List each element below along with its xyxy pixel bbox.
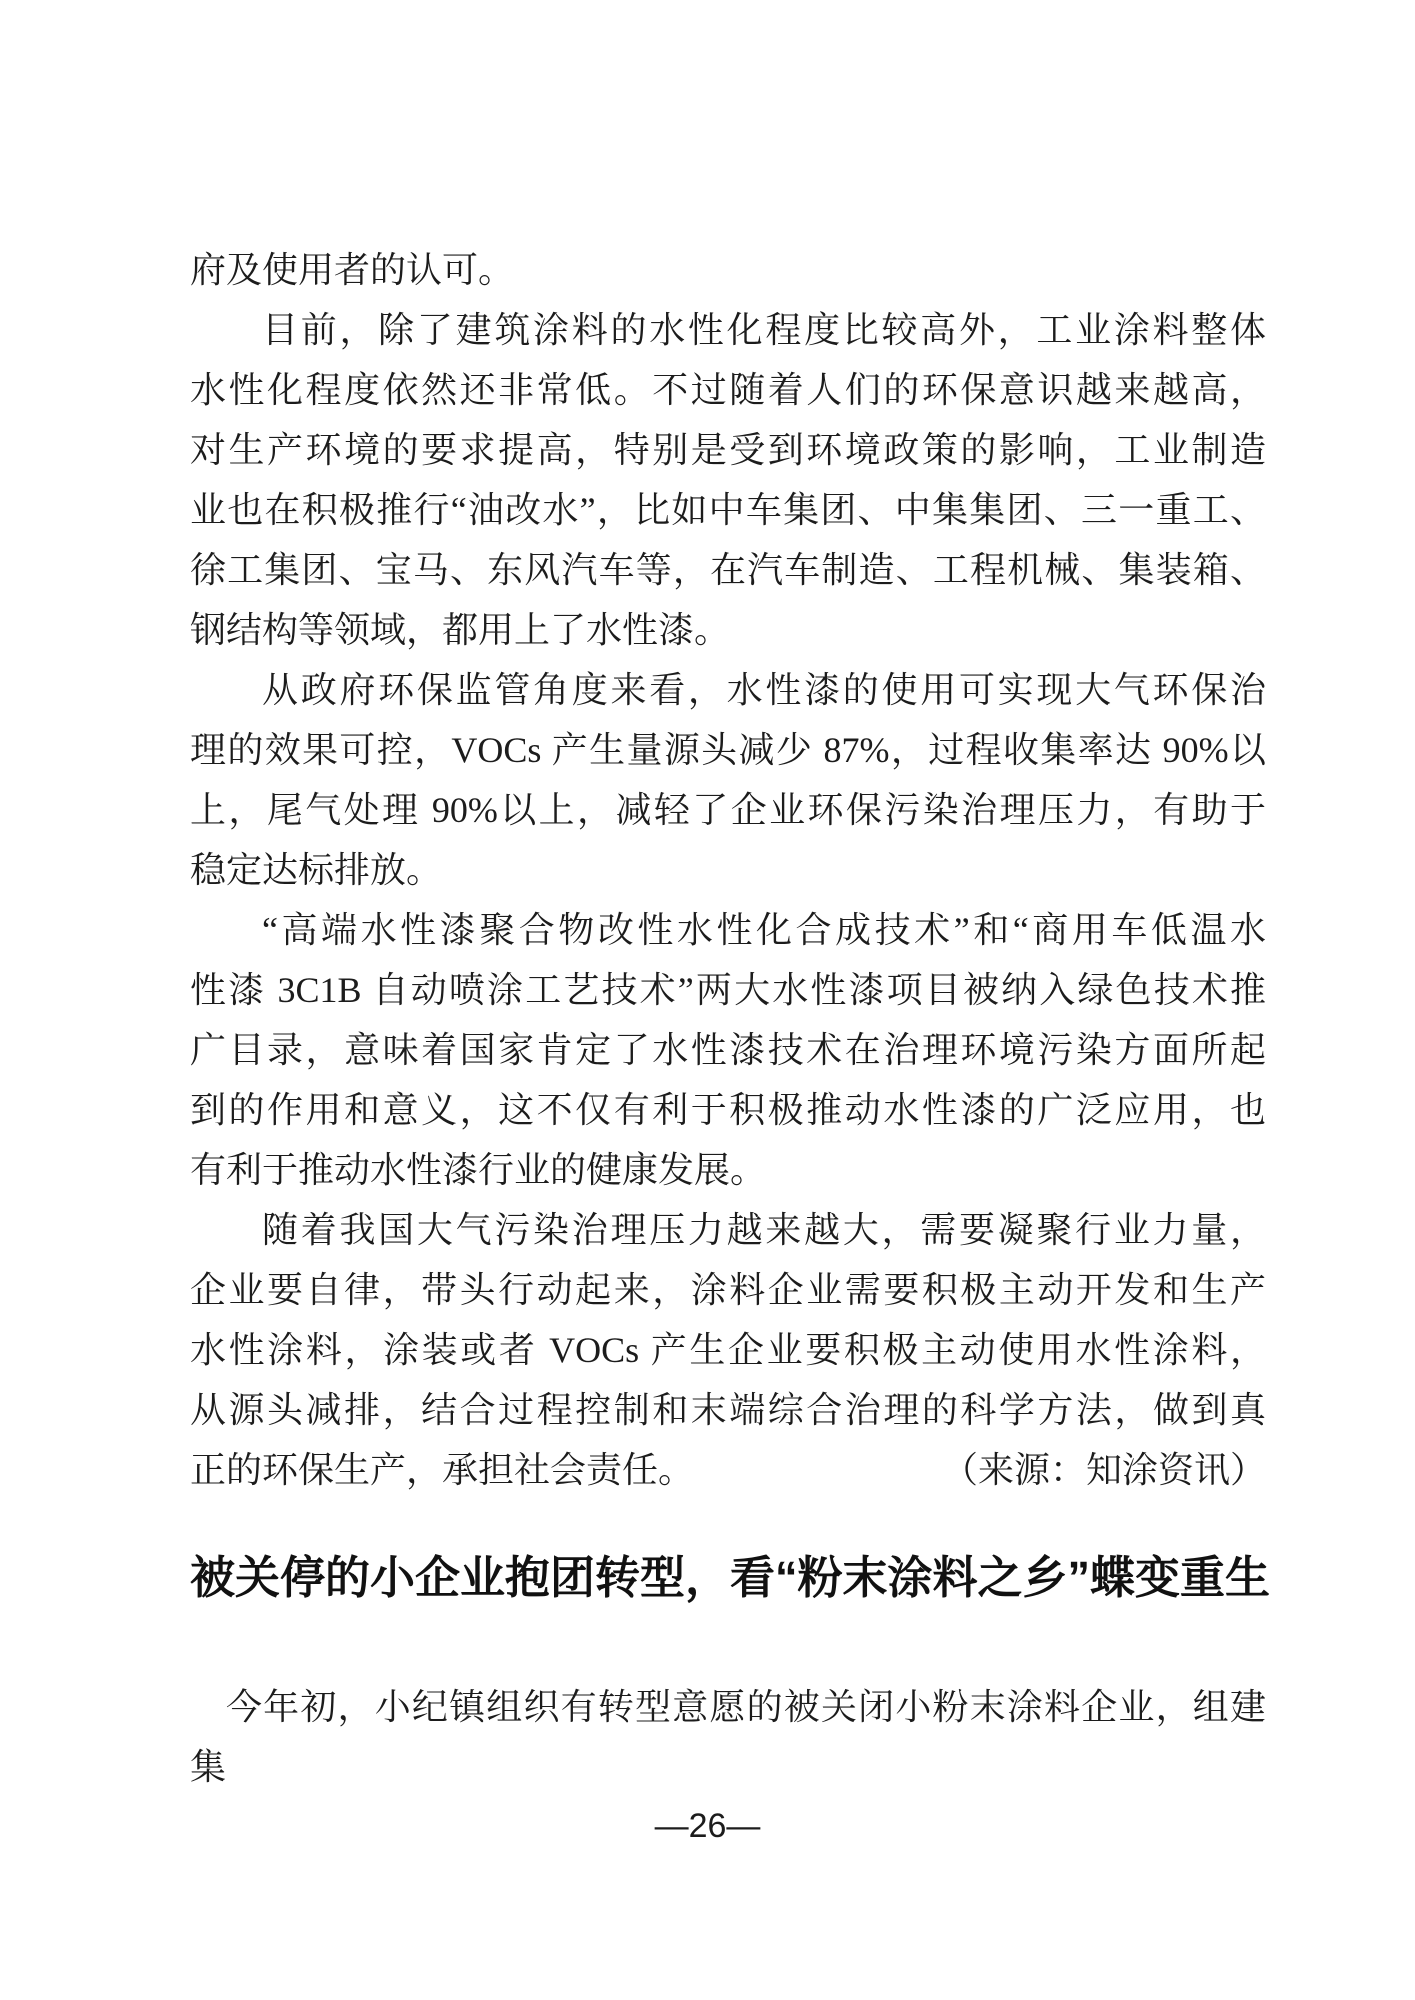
body-text-line: 从源头减排，结合过程控制和末端综合治理的科学方法，做到真 xyxy=(190,1380,1266,1440)
page-number: —26— xyxy=(0,1796,1415,1856)
next-section-paragraph-line: 今年初，小纪镇组织有转型意愿的被关闭小粉末涂料企业，组建集 xyxy=(190,1677,1266,1797)
closing-line: 正的环保生产，承担社会责任。 （来源：知涂资讯） xyxy=(190,1440,1266,1500)
body-text-line: 稳定达标排放。 xyxy=(190,840,1266,900)
article-body: 府及使用者的认可。目前，除了建筑涂料的水性化程度比较高外，工业涂料整体水性化程度… xyxy=(190,240,1266,1500)
body-text-line: 目前，除了建筑涂料的水性化程度比较高外，工业涂料整体 xyxy=(190,300,1266,360)
body-text-line: 企业要自律，带头行动起来，涂料企业需要积极主动开发和生产 xyxy=(190,1260,1266,1320)
body-text-line: 随着我国大气污染治理压力越来越大，需要凝聚行业力量， xyxy=(190,1200,1266,1260)
body-text-line: 到的作用和意义，这不仅有利于积极推动水性漆的广泛应用，也 xyxy=(190,1080,1266,1140)
body-text-line: 广目录，意味着国家肯定了水性漆技术在治理环境污染方面所起 xyxy=(190,1020,1266,1080)
body-text-line: “高端水性漆聚合物改性水性化合成技术”和“商用车低温水 xyxy=(190,900,1266,960)
body-text-line: 府及使用者的认可。 xyxy=(190,240,1266,300)
closing-line-source: （来源：知涂资讯） xyxy=(942,1440,1266,1500)
body-text-line: 水性化程度依然还非常低。不过随着人们的环保意识越来越高， xyxy=(190,360,1266,420)
body-text-line: 业也在积极推行“油改水”，比如中车集团、中集集团、三一重工、 xyxy=(190,480,1266,540)
body-text-line: 钢结构等领域，都用上了水性漆。 xyxy=(190,600,1266,660)
closing-line-text: 正的环保生产，承担社会责任。 xyxy=(190,1440,694,1500)
section-heading: 被关停的小企业抱团转型，看“粉末涂料之乡”蝶变重生 xyxy=(190,1538,1266,1618)
body-text-line: 水性涂料，涂装或者 VOCs 产生企业要积极主动使用水性涂料， xyxy=(190,1320,1266,1380)
body-text-line: 对生产环境的要求提高，特别是受到环境政策的影响，工业制造 xyxy=(190,420,1266,480)
document-page: 府及使用者的认可。目前，除了建筑涂料的水性化程度比较高外，工业涂料整体水性化程度… xyxy=(0,0,1415,2000)
body-text-line: 从政府环保监管角度来看，水性漆的使用可实现大气环保治 xyxy=(190,660,1266,720)
body-text-line: 有利于推动水性漆行业的健康发展。 xyxy=(190,1140,1266,1200)
body-text-line: 徐工集团、宝马、东风汽车等，在汽车制造、工程机械、集装箱、 xyxy=(190,540,1266,600)
body-text-line: 理的效果可控，VOCs 产生量源头减少 87%，过程收集率达 90%以 xyxy=(190,720,1266,780)
body-text-line: 性漆 3C1B 自动喷涂工艺技术”两大水性漆项目被纳入绿色技术推 xyxy=(190,960,1266,1020)
body-text-line: 上，尾气处理 90%以上，减轻了企业环保污染治理压力，有助于 xyxy=(190,780,1266,840)
